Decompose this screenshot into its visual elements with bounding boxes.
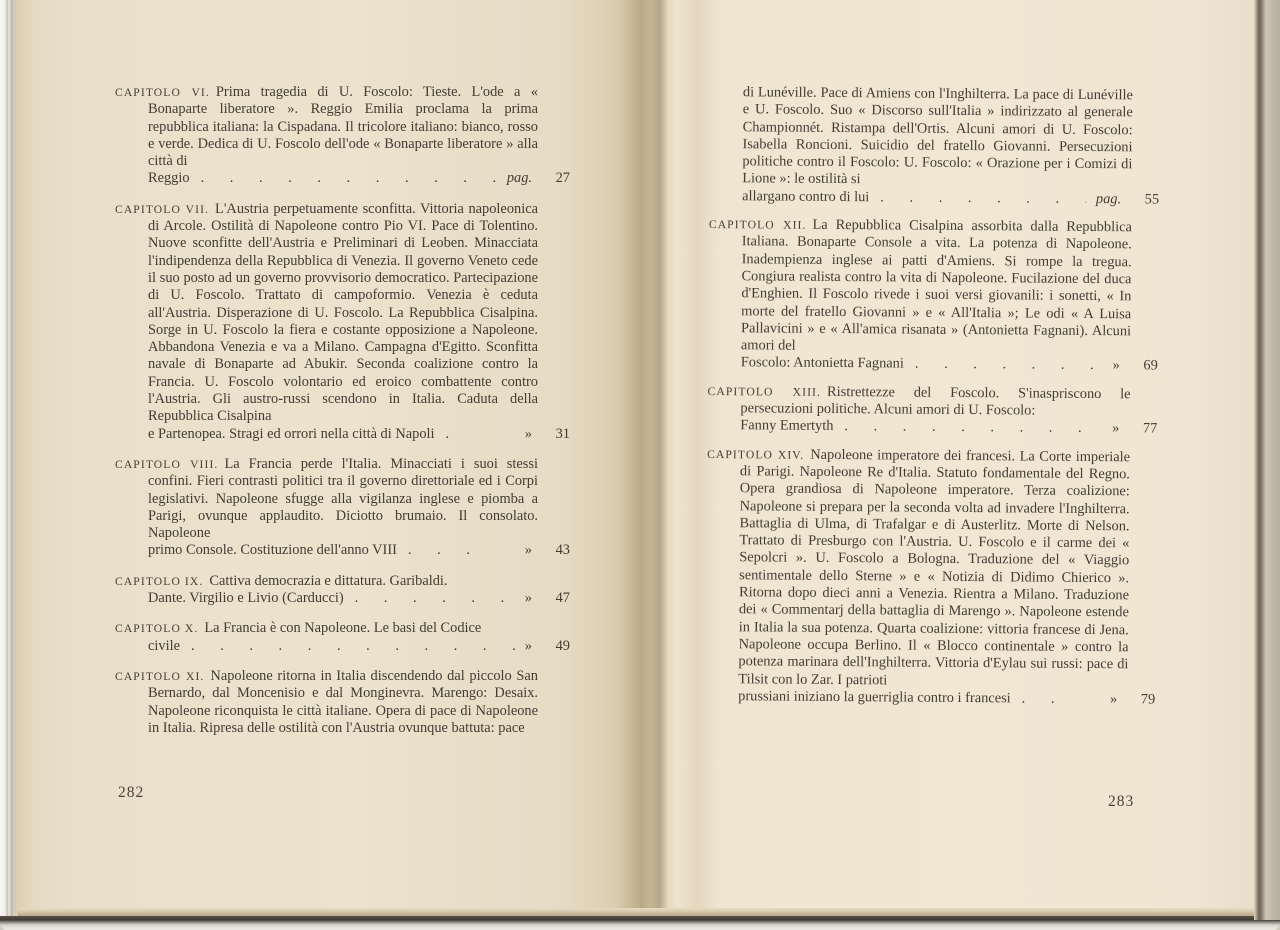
dot-leader: . . . . . . . . . . . (869, 189, 1086, 208)
toc-entry-text: Capitolo XI.Napoleone ritorna in Italia … (115, 668, 538, 737)
page-ref-number: 31 (540, 426, 570, 443)
toc-entry-last-line: civile . . . . . . . . . . . . . . . » 4… (115, 638, 570, 655)
chapter-label: Capitolo XI. (115, 670, 204, 683)
toc-entry-last-line: e Partenopea. Stragi ed orrori nella cit… (115, 426, 570, 443)
toc-entry-text: Capitolo XIII.Ristrettezze del Foscolo. … (707, 383, 1130, 421)
scan-left-page-edge (0, 0, 16, 920)
toc-right-column: di Lunéville. Pace di Amiens con l'Inghi… (705, 84, 1160, 720)
open-book-spread: Capitolo VI.Prima tragedia di U. Foscolo… (16, 0, 1256, 916)
toc-entry-last-line: primo Console. Costituzione dell'anno VI… (115, 542, 570, 559)
toc-entry-last-line: Fanny Emertyth . . . . . . . . . . . . »… (707, 417, 1157, 438)
page-ref-number: 43 (540, 542, 570, 559)
page-ref-label: » (525, 638, 532, 655)
toc-entry-text: Capitolo X.La Francia è con Napoleone. L… (115, 620, 538, 637)
toc-entry-text: Capitolo XIV.Napoleone imperatore dei fr… (705, 446, 1130, 691)
toc-entry-last-line: Dante. Virgilio e Livio (Carducci) . . .… (115, 590, 570, 607)
dot-leader: . . . . . . . . (904, 356, 1103, 375)
toc-entry: Capitolo VII.L'Austria perpetuamente sco… (115, 201, 570, 443)
page-ref-label: » (525, 426, 532, 443)
last-line-text: Fanny Emertyth (740, 418, 833, 436)
toc-entry: Capitolo XIII.Ristrettezze del Foscolo. … (707, 383, 1157, 438)
page-number-left: 282 (118, 784, 144, 802)
chapter-summary: di Lunéville. Pace di Amiens con l'Inghi… (742, 84, 1133, 187)
toc-entry-last-line: prussiani iniziano la guerriglia contro … (705, 688, 1155, 709)
page-ref-label: » (525, 542, 532, 559)
last-line-text: allargano contro di lui (742, 188, 869, 206)
dot-leader: . . . . . . . (344, 590, 515, 607)
toc-entry-last-line: allargano contro di lui . . . . . . . . … (709, 188, 1159, 209)
toc-entry-text: Capitolo VII.L'Austria perpetuamente sco… (115, 201, 538, 426)
toc-entry: Capitolo XIV.Napoleone imperatore dei fr… (705, 446, 1157, 709)
page-ref-label: » (1110, 691, 1117, 708)
page-ref-number: 77 (1127, 421, 1157, 439)
chapter-summary: La Francia è con Napoleone. Le basi del … (204, 620, 481, 636)
toc-entry-last-line: Foscolo: Antonietta Fagnani . . . . . . … (708, 354, 1158, 375)
dot-leader: . . . . . . . . . . . . . . . (180, 638, 515, 655)
last-line-text: primo Console. Costituzione dell'anno VI… (148, 542, 397, 559)
page-ref-label: pag. (1096, 191, 1121, 208)
toc-entry: Capitolo IX.Cattiva democrazia e dittatu… (115, 573, 570, 608)
toc-entry: Capitolo XII.La Repubblica Cisalpina ass… (708, 216, 1159, 375)
dot-leader: . . (1011, 690, 1100, 708)
toc-entry: Capitolo VIII.La Francia perde l'Italia.… (115, 456, 570, 560)
toc-left-column: Capitolo VI.Prima tragedia di U. Foscolo… (115, 84, 570, 750)
chapter-label: Capitolo XII. (709, 218, 807, 232)
chapter-label: Capitolo IX. (115, 575, 203, 588)
chapter-summary: Napoleone imperatore dei francesi. La Co… (738, 446, 1130, 687)
page-ref-number: 79 (1125, 691, 1155, 709)
chapter-label: Capitolo X. (115, 622, 198, 635)
toc-entry-text: Capitolo XII.La Repubblica Cisalpina ass… (708, 216, 1132, 358)
page-right: di Lunéville. Pace di Amiens con l'Inghi… (640, 0, 1256, 916)
page-ref-number: 27 (540, 170, 570, 187)
chapter-summary: Napoleone ritorna in Italia discendendo … (148, 668, 538, 736)
chapter-summary: L'Austria perpetuamente sconfitta. Vitto… (148, 201, 538, 425)
dot-leader: . (435, 426, 515, 443)
page-ref-number: 49 (540, 638, 570, 655)
toc-entry-text: Capitolo IX.Cattiva democrazia e dittatu… (115, 573, 538, 590)
book-fore-edge-right (1254, 0, 1280, 920)
page-ref-number: 47 (540, 590, 570, 607)
chapter-label: Capitolo XIV. (707, 448, 804, 462)
page-ref-number: 55 (1129, 191, 1159, 209)
toc-entry-last-line: Reggio . . . . . . . . . . . . . . . pag… (115, 170, 570, 187)
dot-leader: . . . (397, 542, 515, 559)
book-cover-bottom-edge (0, 916, 1280, 930)
chapter-label: Capitolo VII. (115, 203, 209, 216)
toc-entry: Capitolo VI.Prima tragedia di U. Foscolo… (115, 84, 570, 188)
toc-entry: di Lunéville. Pace di Amiens con l'Inghi… (709, 84, 1160, 209)
chapter-label: Capitolo VIII. (115, 458, 218, 471)
last-line-text: Dante. Virgilio e Livio (Carducci) (148, 590, 344, 607)
chapter-summary: Cattiva democrazia e dittatura. Garibald… (209, 573, 447, 589)
dot-leader: . . . . . . . . . . . . . . . (190, 170, 497, 187)
toc-entry: Capitolo X.La Francia è con Napoleone. L… (115, 620, 570, 655)
page-ref-label: » (525, 590, 532, 607)
toc-entry: Capitolo XI.Napoleone ritorna in Italia … (115, 668, 570, 737)
last-line-text: civile (148, 638, 180, 655)
page-left: Capitolo VI.Prima tragedia di U. Foscolo… (16, 0, 640, 916)
page-number-right: 283 (1108, 793, 1134, 811)
page-stack-edges (18, 908, 1258, 916)
last-line-text: prussiani iniziano la guerriglia contro … (738, 688, 1011, 707)
book-scan: Capitolo VI.Prima tragedia di U. Foscolo… (0, 0, 1280, 930)
last-line-text: e Partenopea. Stragi ed orrori nella cit… (148, 426, 435, 443)
page-ref-number: 69 (1128, 358, 1158, 376)
page-ref-label: » (1112, 421, 1119, 438)
page-ref-label: » (1113, 358, 1120, 375)
chapter-summary: La Repubblica Cisalpina assorbita dalla … (741, 217, 1132, 354)
chapter-label: Capitolo XIII. (708, 385, 822, 399)
page-ref-label: pag. (507, 170, 532, 187)
dot-leader: . . . . . . . . . . . . (833, 418, 1102, 437)
toc-entry-text: Capitolo VIII.La Francia perde l'Italia.… (115, 456, 538, 542)
toc-entry-text: di Lunéville. Pace di Amiens con l'Inghi… (709, 84, 1133, 191)
last-line-text: Reggio (148, 170, 190, 187)
chapter-label: Capitolo VI. (115, 86, 210, 99)
last-line-text: Foscolo: Antonietta Fagnani (741, 355, 904, 374)
toc-entry-text: Capitolo VI.Prima tragedia di U. Foscolo… (115, 84, 538, 170)
